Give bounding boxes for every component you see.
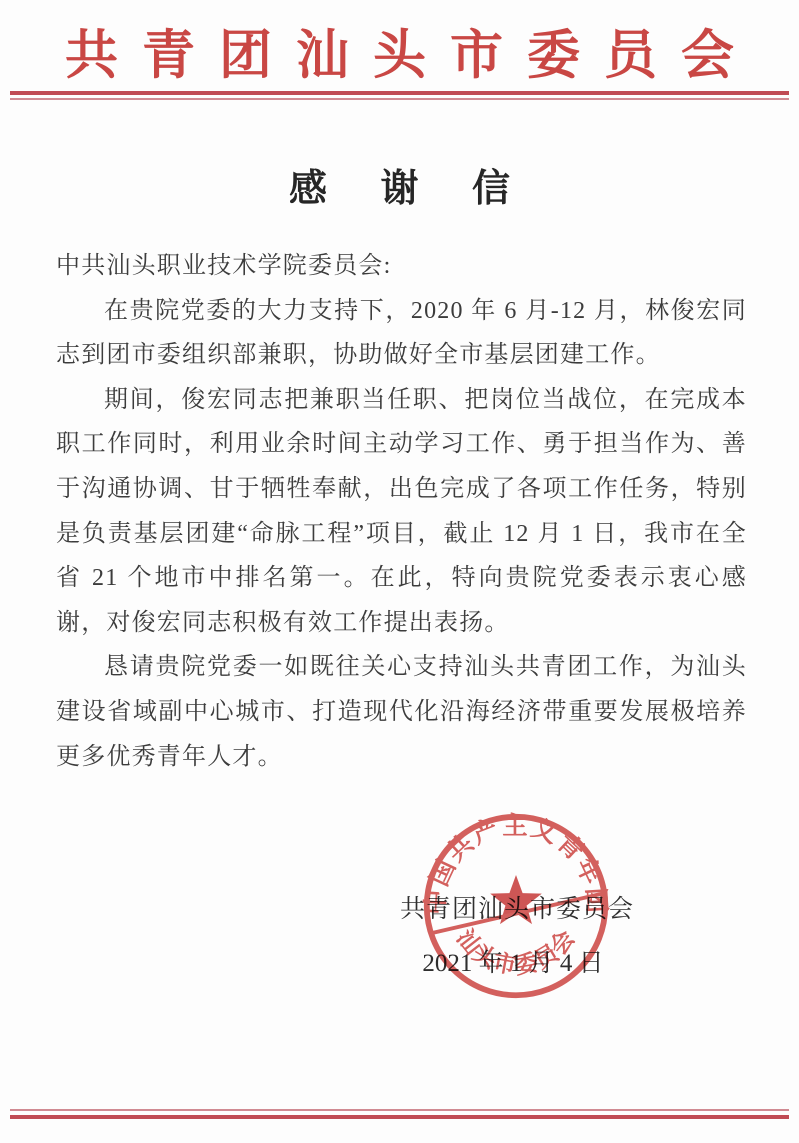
footer-rule-thick [10,1115,789,1119]
signature-date: 2021 年 1 月 4 日 [400,943,626,979]
paragraph-1: 在贵院党委的大力支持下，2020 年 6 月-12 月，林俊宏同志到团市委组织部… [56,289,747,378]
letter-title: 感 谢 信 [0,157,799,212]
signature-org: 共青团汕头市委员会 [400,889,626,925]
letterhead-org-name: 共青团汕头市委员会 [0,13,799,89]
letter-page: 共青团汕头市委员会 感 谢 信 中共汕头职业技术学院委员会: 在贵院党委的大力支… [0,0,799,1143]
signature-block: 共青团汕头市委员会 2021 年 1 月 4 日 [400,889,626,979]
paragraph-3: 恳请贵院党委一如既往关心支持汕头共青团工作，为汕头建设省域副中心城市、打造现代化… [56,645,747,779]
letterhead-rule-thin [10,98,789,100]
letterhead-rule-thick [10,91,789,95]
letter-body: 中共汕头职业技术学院委员会: 在贵院党委的大力支持下，2020 年 6 月-12… [56,244,747,779]
footer-rule-thin [10,1109,789,1111]
salutation: 中共汕头职业技术学院委员会: [56,244,747,289]
paragraph-2: 期间，俊宏同志把兼职当任职、把岗位当战位，在完成本职工作同时，利用业余时间主动学… [56,378,747,646]
